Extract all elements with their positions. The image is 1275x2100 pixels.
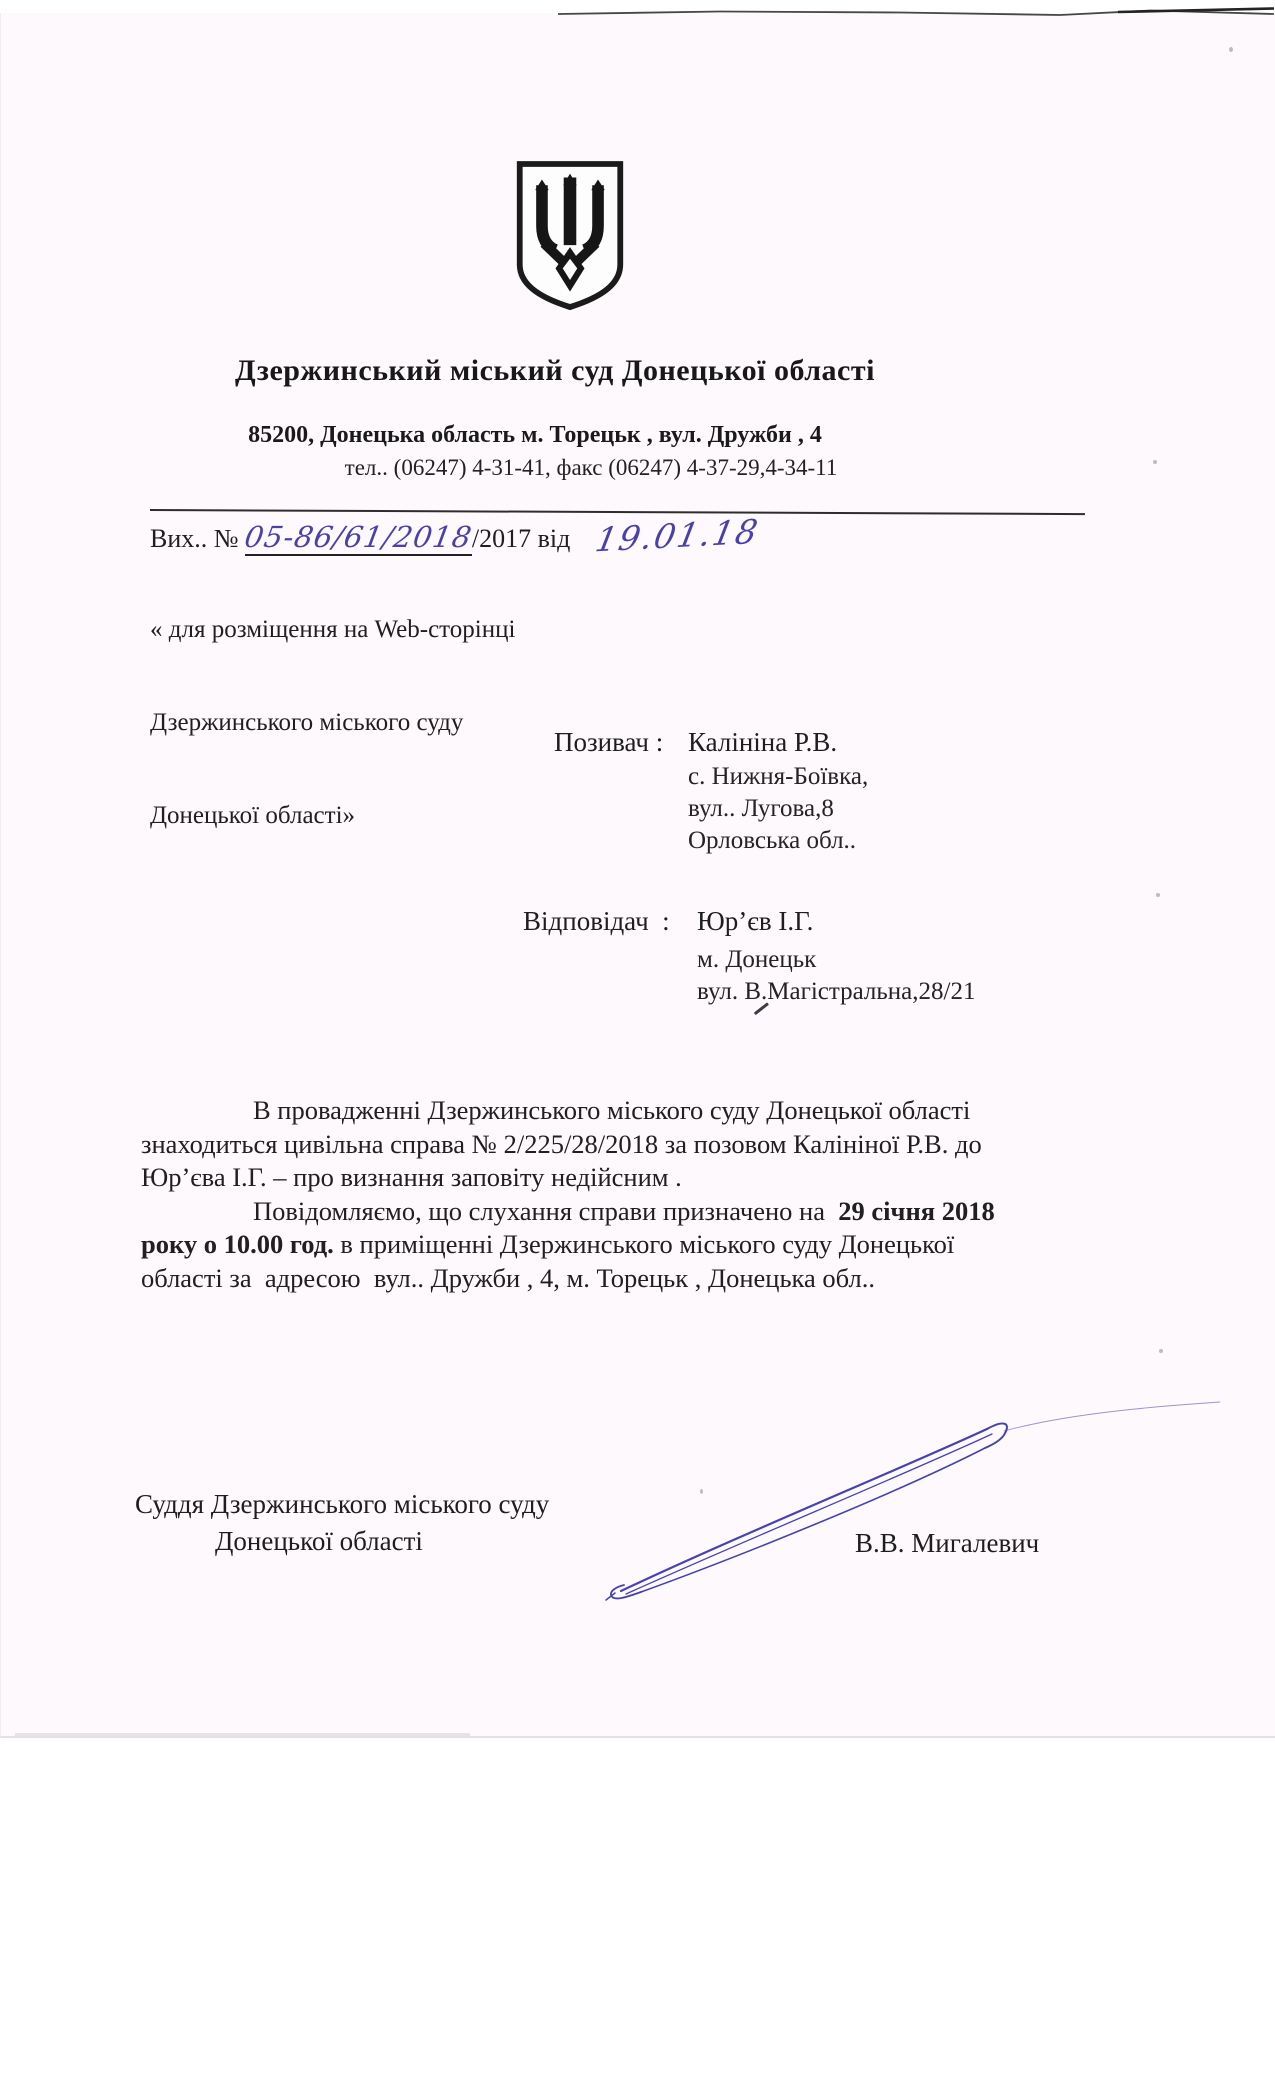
plaintiff-address-line: Орловська обл..: [688, 827, 856, 855]
plaintiff-address-line: с. Нижня-Боївка,: [688, 763, 868, 791]
reference-line: Вих.. № 05-86/61/2018/2017 від19.01.18: [150, 516, 759, 556]
judge-title-line1: Суддя Дзержинського міського суду: [135, 1489, 549, 1520]
scan-speck: [1156, 893, 1160, 897]
scan-edge-smudge: [15, 1733, 470, 1736]
scan-speck: [1153, 460, 1157, 464]
trident-icon: [512, 160, 628, 312]
plaintiff-name: Калініна Р.В.: [688, 727, 837, 758]
reference-number-blank: 05-86/61/2018: [245, 522, 472, 556]
scanned-court-letter: { "header": { "court_name": "Дзержинськи…: [0, 0, 1275, 2100]
court-phone-line: тел.. (06247) 4-31-41, факс (06247) 4-37…: [196, 455, 986, 481]
scan-speck: [1159, 1349, 1163, 1353]
reference-year-suffix: /2017 від: [472, 524, 570, 553]
defendant-label: Відповідач :: [523, 906, 670, 937]
defendant-address-line: вул. В.Магістральна,28/21: [697, 978, 975, 1006]
hearing-time-bold: року о 10.00 год.: [141, 1229, 334, 1259]
note-line: Донецької області»: [150, 800, 515, 831]
hearing-date-bold: 29 січня 2018: [838, 1196, 994, 1226]
scan-speck: [1229, 47, 1233, 52]
body-line: Юр’єва І.Г. – про визнання заповіту неді…: [141, 1161, 1109, 1195]
body-line: В провадженні Дзержинського міського суд…: [141, 1094, 1109, 1128]
body-line: знаходиться цивільна справа № 2/225/28/2…: [141, 1128, 1109, 1162]
web-publication-note: « для розміщення на Web-сторінці Дзержин…: [150, 552, 515, 862]
judge-title-line2: Донецької області: [215, 1526, 423, 1557]
plaintiff-address-line: вул.. Лугова,8: [688, 795, 834, 823]
reference-label: Вих.. №: [150, 524, 245, 553]
body-line: року о 10.00 год. в приміщенні Дзержинсь…: [141, 1228, 1109, 1262]
body-line: Повідомляємо, що слухання справи признач…: [141, 1195, 1109, 1229]
scan-top-edge-artifact: [0, 0, 1275, 24]
defendant-name: Юр’єв І.Г.: [697, 906, 813, 937]
handwritten-date: 19.01.18: [593, 512, 763, 560]
body-line: області за адресою вул.. Дружби , 4, м. …: [141, 1262, 1109, 1296]
note-line: Дзержинського міського суду: [150, 707, 515, 738]
note-line: « для розміщення на Web-сторінці: [150, 614, 515, 645]
scan-speck: [700, 1489, 703, 1494]
plaintiff-label: Позивач :: [554, 727, 663, 758]
handwritten-reference-number: 05-86/61/2018: [242, 522, 474, 552]
court-address-line: 85200, Донецька область м. Торецьк , вул…: [140, 422, 930, 449]
defendant-address-line: м. Донецьк: [697, 946, 816, 974]
letter-body: В провадженні Дзержинського міського суд…: [141, 1094, 1109, 1295]
judge-signature-stroke: [555, 1395, 1245, 1615]
court-name-title: Дзержинський міський суд Донецької облас…: [140, 354, 970, 388]
